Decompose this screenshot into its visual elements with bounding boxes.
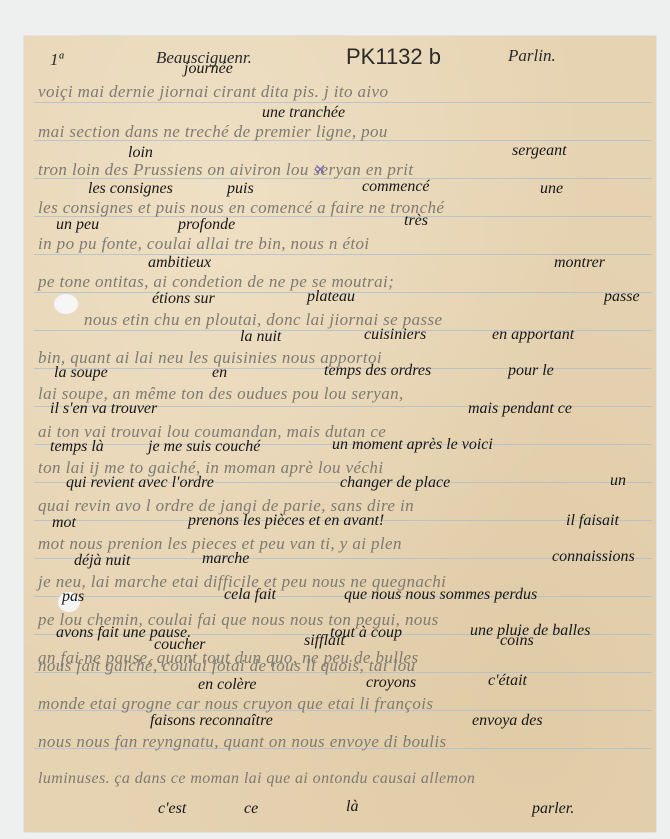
ink-correction: en [212, 364, 227, 382]
ink-correction: la soupe [54, 364, 108, 382]
pencil-line: luminuses. ça dans ce moman lai que ai o… [38, 770, 475, 788]
ink-correction: ce [244, 800, 258, 818]
pencil-line: mai section dans ne treché de premier li… [38, 122, 388, 142]
ink-correction: mot [52, 514, 76, 532]
ink-correction: mais pendant ce [468, 400, 572, 418]
ink-correction: parler. [532, 800, 574, 818]
ink-correction: une [540, 180, 563, 198]
ink-correction: en apportant [492, 326, 574, 344]
ink-correction: cela fait [224, 586, 276, 604]
ink-correction: profonde [178, 216, 235, 234]
ink-correction: là [346, 798, 358, 816]
ink-correction: un moment après le voici [332, 436, 493, 454]
ink-correction: les consignes [88, 180, 173, 198]
ink-correction: étions sur [152, 290, 215, 308]
ruled-line [34, 102, 652, 103]
ink-correction: je me suis couché [148, 438, 260, 456]
ink-correction: il s'en va trouver [50, 400, 157, 418]
pencil-line: in po pu fonte, coulai allai tre bin, no… [38, 234, 370, 254]
ink-correction: marche [202, 550, 249, 568]
ink-correction: connaissions [552, 548, 635, 566]
ink-correction: c'était [488, 672, 527, 690]
ink-correction: qui revient avec l'ordre [66, 474, 214, 492]
ink-correction: pour le [508, 362, 554, 380]
ink-correction: la nuit [240, 328, 281, 346]
ink-correction: pas [62, 588, 84, 606]
ink-correction: un peu [56, 216, 99, 234]
catalog-id: PK1132 b [346, 44, 441, 70]
ink-correction: coins [500, 632, 534, 650]
ink-correction: en colère [198, 676, 256, 694]
ruled-line [34, 596, 652, 597]
ink-correction: puis [227, 180, 254, 198]
punch-hole [54, 294, 78, 314]
pencil-line: les consignes et puis nous en comencé a … [38, 198, 444, 218]
pencil-line: voiçi mai dernie jiornai cirant dita pis… [38, 82, 388, 102]
ink-correction: faisons reconnaître [150, 712, 273, 730]
ink-correction: déjà nuit [74, 552, 130, 570]
ink-correction: prenons les pièces et en avant! [188, 512, 384, 530]
page-marker: 1ª [50, 50, 63, 70]
ink-correction: c'est [158, 800, 186, 818]
author-name: Parlin. [508, 46, 556, 66]
pencil-line: nous nous fan reyngnatu, quant on nous e… [38, 732, 447, 752]
ink-correction: montrer [554, 254, 605, 272]
pencil-line: monde etai grogne car nous cruyon que et… [38, 694, 433, 714]
ink-correction: journée [184, 60, 233, 78]
ink-correction: très [404, 212, 428, 230]
ink-correction: temps là [50, 438, 104, 456]
ink-correction: coucher [154, 636, 206, 654]
ink-correction: il faisait [566, 512, 619, 530]
ink-correction: changer de place [340, 474, 450, 492]
ink-correction: sifflait [304, 632, 345, 650]
ink-correction: un [610, 472, 626, 490]
ink-correction: une tranchée [262, 104, 345, 122]
pencil-line: nous fait gaiché, coulai fotai de tous l… [38, 656, 416, 676]
ink-correction: passe [604, 288, 640, 306]
ink-correction: temps des ordres [324, 362, 431, 380]
ink-correction: cuisiniers [364, 326, 426, 344]
ink-correction: croyons [366, 674, 416, 692]
ink-correction: sergeant [512, 142, 567, 160]
ink-correction: plateau [307, 288, 355, 306]
ink-correction: ambitieux [148, 254, 211, 272]
ink-correction: envoya des [472, 712, 543, 730]
ink-correction: que nous nous sommes perdus [344, 586, 537, 604]
cross-mark-icon: × [314, 160, 327, 178]
ink-correction: commencé [362, 178, 430, 196]
manuscript-page: 1ª Beausciguenr. PK1132 b Parlin. journé… [24, 36, 656, 832]
pencil-line: tron loin des Prussiens on aiviron lou s… [38, 160, 414, 180]
